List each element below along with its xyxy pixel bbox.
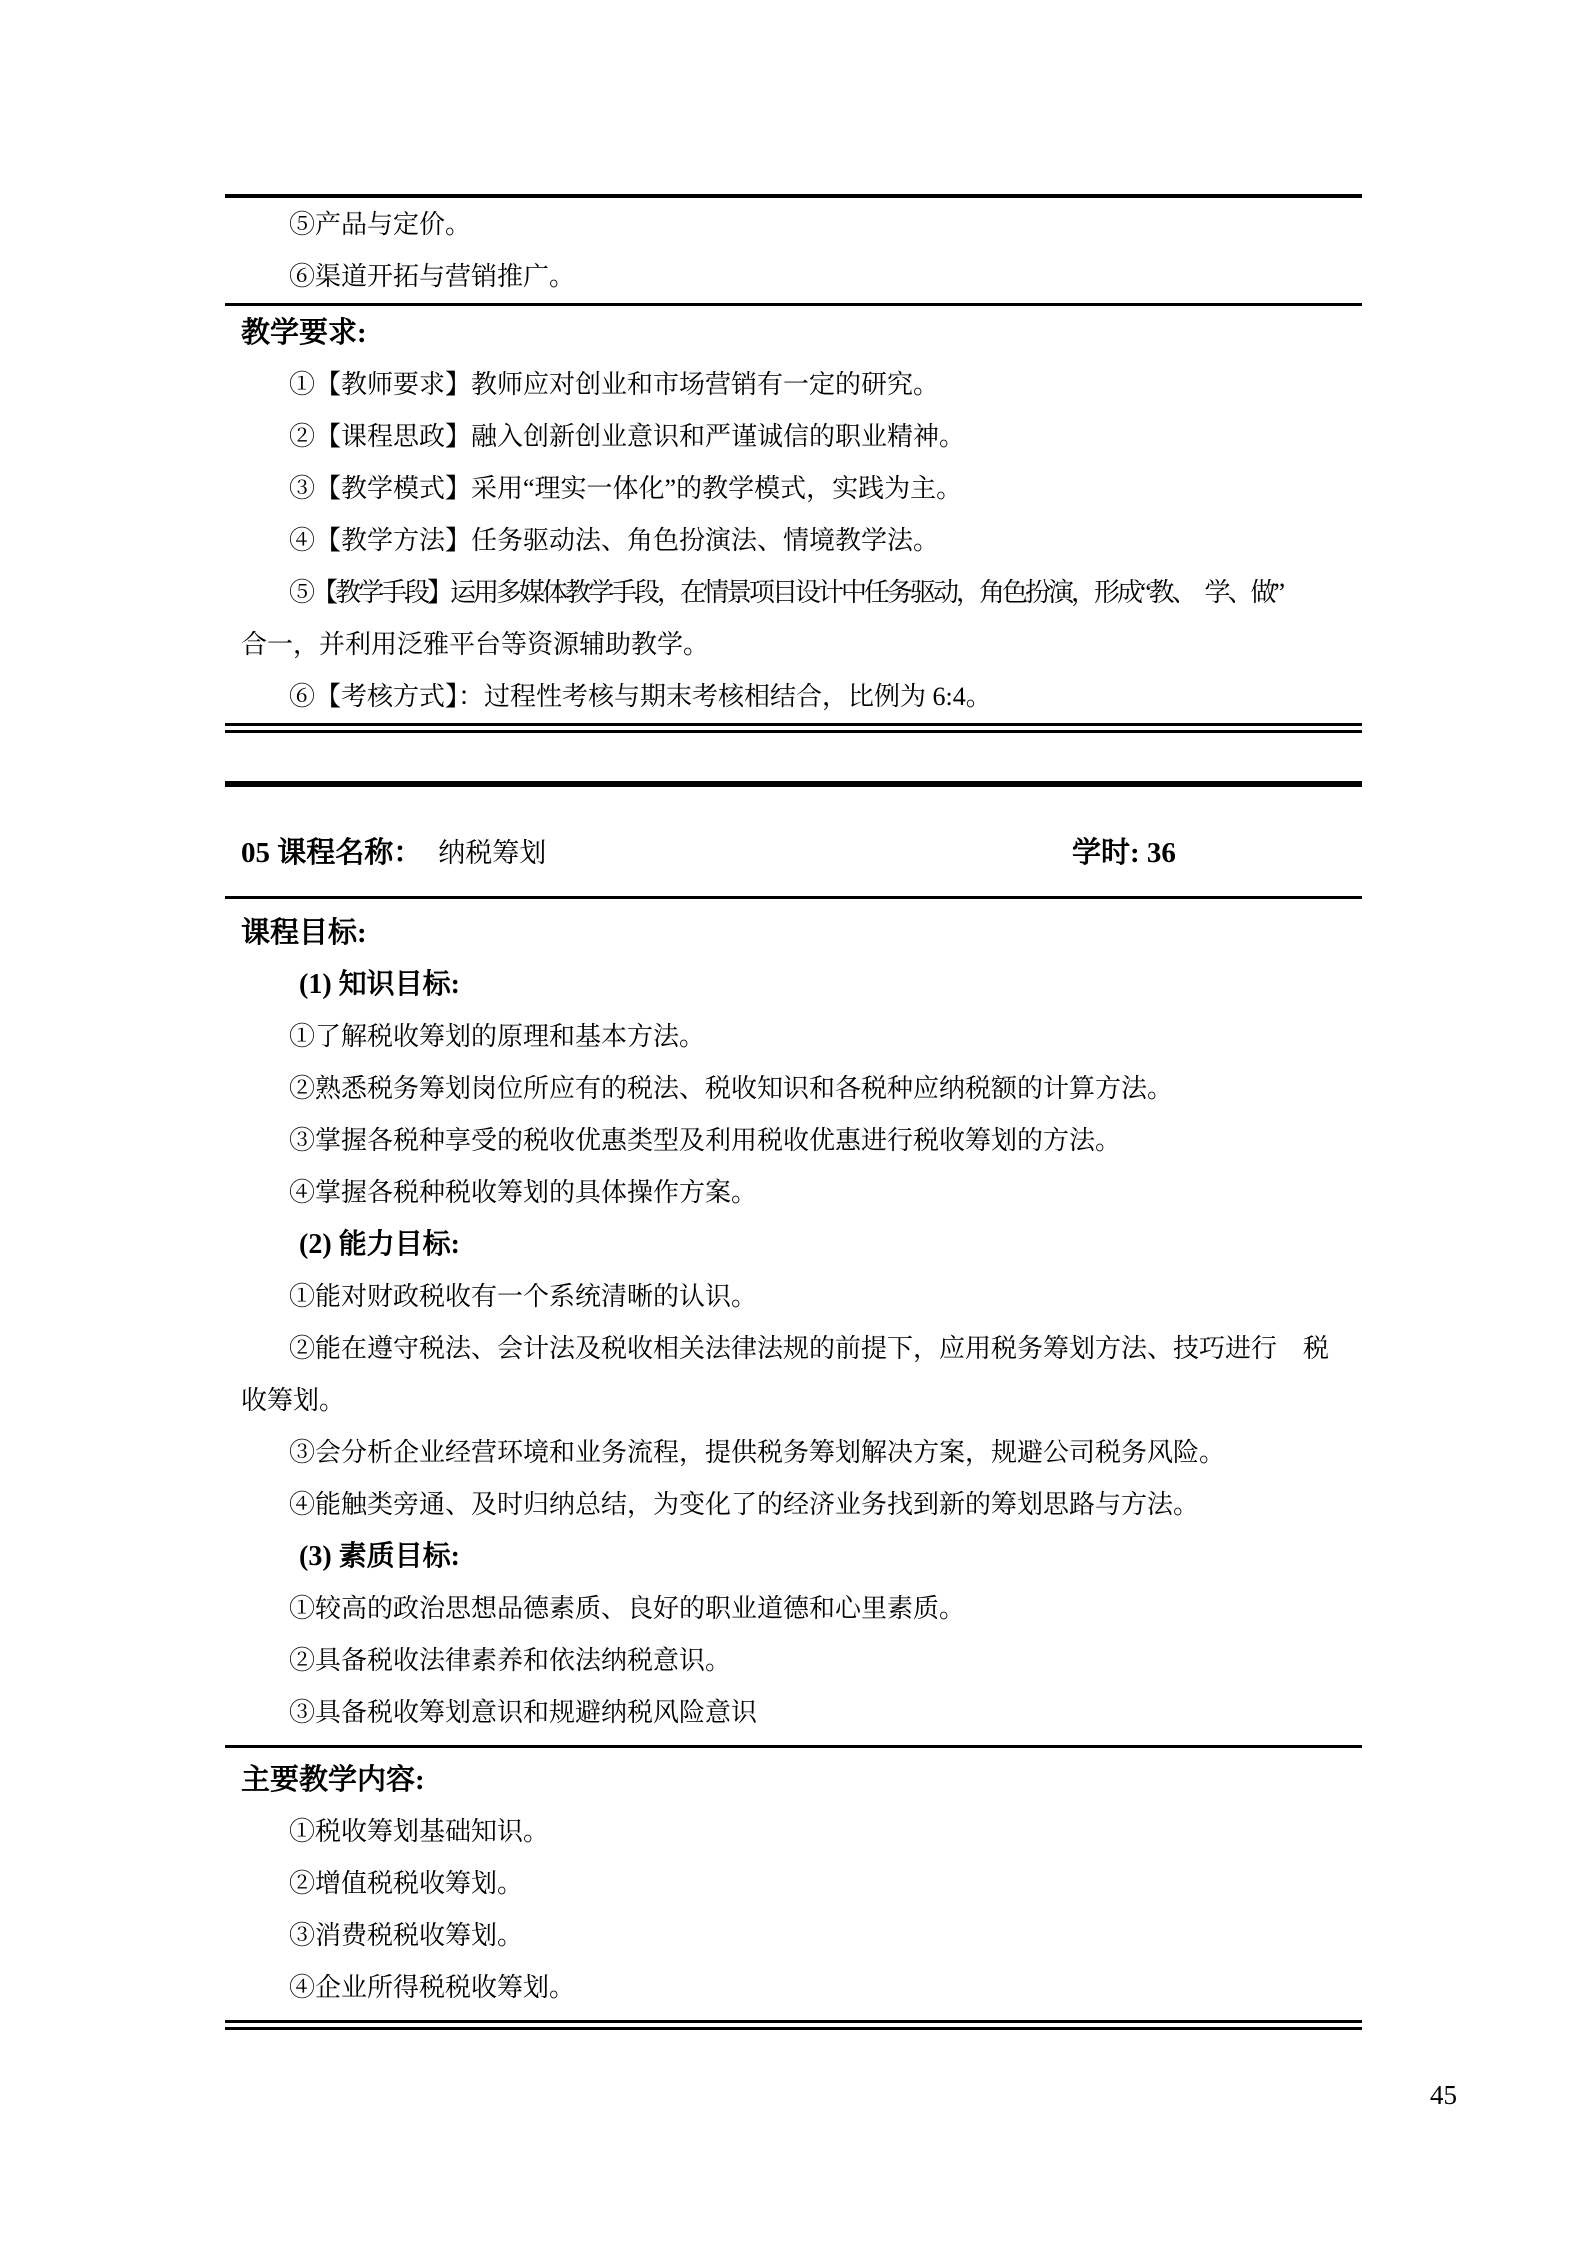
main-teaching-content-heading: 主要教学内容: bbox=[241, 1754, 1346, 1806]
knowledge-objective-item: ④掌握各税种税收筹划的具体操作方案。 bbox=[241, 1167, 1346, 1219]
knowledge-objective-item: ②熟悉税务筹划岗位所应有的税法、税收知识和各税种应纳税额的计算方法。 bbox=[241, 1063, 1346, 1115]
teaching-content-item: ②增值税税收筹划。 bbox=[241, 1858, 1346, 1910]
ability-objective-item: ④能触类旁通、及时归纳总结，为变化了的经济业务找到新的筹划思路与方法。 bbox=[241, 1479, 1346, 1531]
page-number: 45 bbox=[1430, 2080, 1457, 2110]
requirement-item: ②【课程思政】融入创新创业意识和严谨诚信的职业精神。 bbox=[241, 411, 1346, 463]
course-objectives-heading: 课程目标: bbox=[241, 907, 1346, 959]
content-item: ⑤产品与定价。 bbox=[241, 199, 1346, 251]
quality-objective-item: ③具备税收筹划意识和规避纳税风险意识 bbox=[241, 1687, 1346, 1739]
quality-objective-item: ①较高的政治思想品德素质、良好的职业道德和心里素质。 bbox=[241, 1583, 1346, 1635]
course-name: 纳税筹划 bbox=[438, 838, 546, 868]
requirement-item: ①【教师要求】教师应对创业和市场营销有一定的研究。 bbox=[241, 359, 1346, 411]
knowledge-objectives-heading: (1) 知识目标: bbox=[241, 959, 1346, 1011]
quality-objectives-heading: (3) 素质目标: bbox=[241, 1531, 1346, 1583]
requirement-item: ③【教学模式】采用“理实一体化”的教学模式，实践为主。 bbox=[241, 463, 1346, 515]
requirement-item: ④【教学方法】任务驱动法、角色扮演法、情境教学法。 bbox=[241, 515, 1346, 567]
teaching-requirements-heading: 教学要求: bbox=[241, 307, 1346, 359]
document-page: ⑤产品与定价。 ⑥渠道开拓与营销推广。 教学要求: ①【教师要求】教师应对创业和… bbox=[0, 0, 1588, 2245]
course-05-table: 05 课程名称：纳税筹划 学时: 36 课程目标: (1) 知识目标: ①了解税… bbox=[225, 781, 1362, 2030]
main-teaching-content-cell: 主要教学内容: ①税收筹划基础知识。 ②增值税税收筹划。 ③消费税税收筹划。 ④… bbox=[225, 1748, 1362, 2030]
main-content-continued-cell: ⑤产品与定价。 ⑥渠道开拓与营销推广。 bbox=[225, 198, 1362, 306]
teaching-content-item: ①税收筹划基础知识。 bbox=[241, 1806, 1346, 1858]
teaching-requirements-cell: 教学要求: ①【教师要求】教师应对创业和市场营销有一定的研究。 ②【课程思政】融… bbox=[225, 306, 1362, 733]
ability-objective-item: ①能对财政税收有一个系统清晰的认识。 bbox=[241, 1271, 1346, 1323]
previous-course-table: ⑤产品与定价。 ⑥渠道开拓与营销推广。 教学要求: ①【教师要求】教师应对创业和… bbox=[225, 194, 1362, 733]
requirement-item: ⑥【考核方式】：过程性考核与期末考核相结合，比例为 6:4。 bbox=[241, 671, 1346, 723]
knowledge-objective-item: ③掌握各税种享受的税收优惠类型及利用税收优惠进行税收筹划的方法。 bbox=[241, 1115, 1346, 1167]
ability-objective-item: ③会分析企业经营环境和业务流程，提供税务筹划解决方案，规避公司税务风险。 bbox=[241, 1427, 1346, 1479]
teaching-content-item: ④企业所得税税收筹划。 bbox=[241, 1962, 1346, 2014]
ability-objective-item-continuation: 收筹划。 bbox=[241, 1375, 1346, 1427]
course-objectives-cell: 课程目标: (1) 知识目标: ①了解税收筹划的原理和基本方法。 ②熟悉税务筹划… bbox=[225, 899, 1362, 1748]
course-number-label: 05 课程名称： bbox=[241, 837, 422, 869]
ability-objectives-heading: (2) 能力目标: bbox=[241, 1219, 1346, 1271]
document-content: ⑤产品与定价。 ⑥渠道开拓与营销推广。 教学要求: ①【教师要求】教师应对创业和… bbox=[225, 194, 1362, 2030]
teaching-content-item: ③消费税税收筹划。 bbox=[241, 1910, 1346, 1962]
requirement-item-continuation: 合一，并利用泛雅平台等资源辅助教学。 bbox=[241, 619, 1346, 671]
ability-objective-item: ②能在遵守税法、会计法及税收相关法律法规的前提下，应用税务筹划方法、技巧进行 税 bbox=[241, 1323, 1346, 1375]
quality-objective-item: ②具备税收法律素养和依法纳税意识。 bbox=[241, 1635, 1346, 1687]
course-hours-label: 学时: 36 bbox=[1072, 827, 1176, 879]
requirement-item: ⑤【教学手段】运用多媒体教学手段，在情景项目设计中任务驱动，角色扮演，形成“教、… bbox=[241, 567, 1346, 619]
course-header-row: 05 课程名称：纳税筹划 学时: 36 bbox=[225, 787, 1362, 899]
knowledge-objective-item: ①了解税收筹划的原理和基本方法。 bbox=[241, 1011, 1346, 1063]
content-item: ⑥渠道开拓与营销推广。 bbox=[241, 251, 1346, 303]
